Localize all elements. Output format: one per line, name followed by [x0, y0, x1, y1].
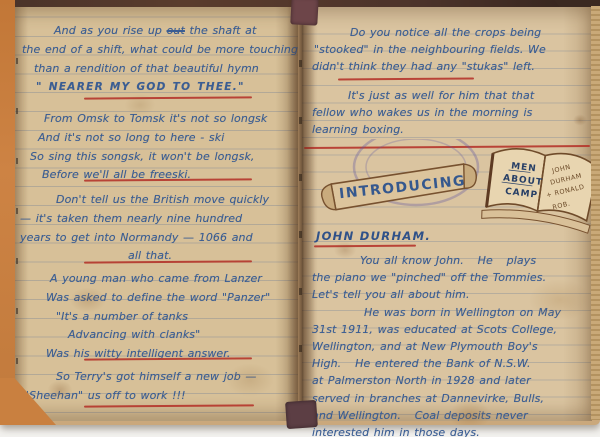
handwritten-line: at Palmerston North in 1928 and later	[312, 372, 590, 389]
handwritten-line: served in branches at Dannevirke, Bulls,	[312, 390, 590, 407]
left-page: And as you rise up out the shaft at the …	[14, 7, 298, 421]
binding-stitches	[299, 10, 302, 418]
text-run: And as you rise up	[54, 24, 167, 37]
handwritten-line: Before we'll all be freeski.	[20, 166, 296, 185]
red-divider	[338, 78, 474, 81]
handwritten-line: the end of a shift, what could be more t…	[20, 41, 296, 60]
text-run: the shaft at	[185, 24, 257, 37]
open-notebook: And as you rise up out the shaft at the …	[0, 0, 600, 425]
paragraph-john: You all know John. He plays the piano we…	[312, 252, 590, 437]
handwritten-line: "stooked" in the neighbouring fields. We	[312, 41, 590, 58]
handwritten-line: High. He entered the Bank of N.S.W.	[312, 355, 590, 372]
handwritten-line: "It's a number of tanks	[20, 308, 296, 327]
handwritten-line: You all know John. He plays	[312, 252, 590, 269]
handwritten-line: — it's taken them nearly nine hundred	[20, 210, 296, 229]
handwritten-line: And as you rise up out the shaft at	[20, 22, 296, 41]
handwritten-line: " NEARER MY GOD TO THEE."	[20, 78, 296, 97]
introducing-drawing: INTRODUCING MEN ABOUT CAMP JOHN DURHAM +…	[314, 139, 599, 239]
handwritten-line: Let's tell you all about him.	[312, 286, 590, 303]
handwritten-line: A young man who came from Lanzer	[20, 270, 296, 289]
handwritten-line: years to get into Normandy — 1066 and	[20, 229, 296, 248]
john-durham-heading: JOHN DURHAM.	[316, 229, 431, 243]
paragraph-crops: Do you notice all the crops being "stook…	[312, 24, 590, 76]
handwritten-line: all that.	[20, 247, 296, 266]
handwritten-line: Was his witty intelligent answer.	[20, 345, 296, 364]
paragraph-boxing: It's just as well for him that that fell…	[312, 87, 590, 139]
spine-tape-top	[290, 0, 318, 26]
paragraph-terry: So Terry's got himself a new job — "Shee…	[20, 368, 296, 406]
spine-tape-bottom	[285, 400, 318, 429]
left-cover-edge	[0, 0, 15, 425]
handwritten-line: From Omsk to Tomsk it's not so longsk	[20, 110, 296, 129]
handwritten-line: Was asked to define the word "Panzer"	[20, 289, 296, 308]
handwritten-line: Wellington, and at New Plymouth Boy's	[312, 338, 590, 355]
handwritten-line: Do you notice all the crops being	[312, 24, 590, 41]
paragraph-british: Don't tell us the British move quickly —…	[20, 191, 296, 266]
handwritten-line: And it's not so long to here - ski	[20, 129, 296, 148]
red-underline	[314, 245, 416, 248]
handwritten-line: So Terry's got himself a new job —	[20, 368, 296, 387]
paragraph-panzer: A young man who came from Lanzer Was ask…	[20, 270, 296, 364]
right-page-stack-edge	[591, 6, 600, 420]
handwritten-line: the piano we "pinched" off the Tommies.	[312, 269, 590, 286]
handwritten-line: than a rendition of that beautiful hymn	[20, 60, 296, 79]
red-divider	[84, 404, 254, 407]
handwritten-line: and Wellington. Coal deposits never	[312, 407, 590, 424]
handwritten-line: interested him in those days.	[312, 424, 590, 437]
handwritten-line: It's just as well for him that that	[312, 87, 590, 104]
handwritten-line: Don't tell us the British move quickly	[20, 191, 296, 210]
handwritten-line: So sing this songsk, it won't be longsk,	[20, 148, 296, 167]
paragraph-omsk: From Omsk to Tomsk it's not so longsk An…	[20, 110, 296, 185]
paragraph-hymn: And as you rise up out the shaft at the …	[20, 22, 296, 97]
right-page: Do you notice all the crops being "stook…	[302, 7, 592, 421]
handwritten-line: learning boxing.	[312, 121, 590, 138]
struck-word: out	[167, 24, 185, 37]
handwritten-line: fellow who wakes us in the morning is	[312, 104, 590, 121]
left-edge-stitches	[16, 14, 18, 414]
red-divider	[84, 96, 252, 99]
handwritten-line: 31st 1911, was educated at Scots College…	[312, 321, 590, 338]
men-about-camp-book: MEN ABOUT CAMP JOHN DURHAM + RONALD ROB.	[481, 142, 599, 235]
handwritten-line: "Sheehan" us off to work !!!	[20, 387, 296, 406]
notebook-photo: And as you rise up out the shaft at the …	[0, 0, 600, 437]
handwritten-line: He was born in Wellington on May	[312, 304, 590, 321]
handwritten-line: Advancing with clanks"	[20, 326, 296, 345]
handwritten-line: didn't think they had any "stukas" left.	[312, 58, 590, 75]
